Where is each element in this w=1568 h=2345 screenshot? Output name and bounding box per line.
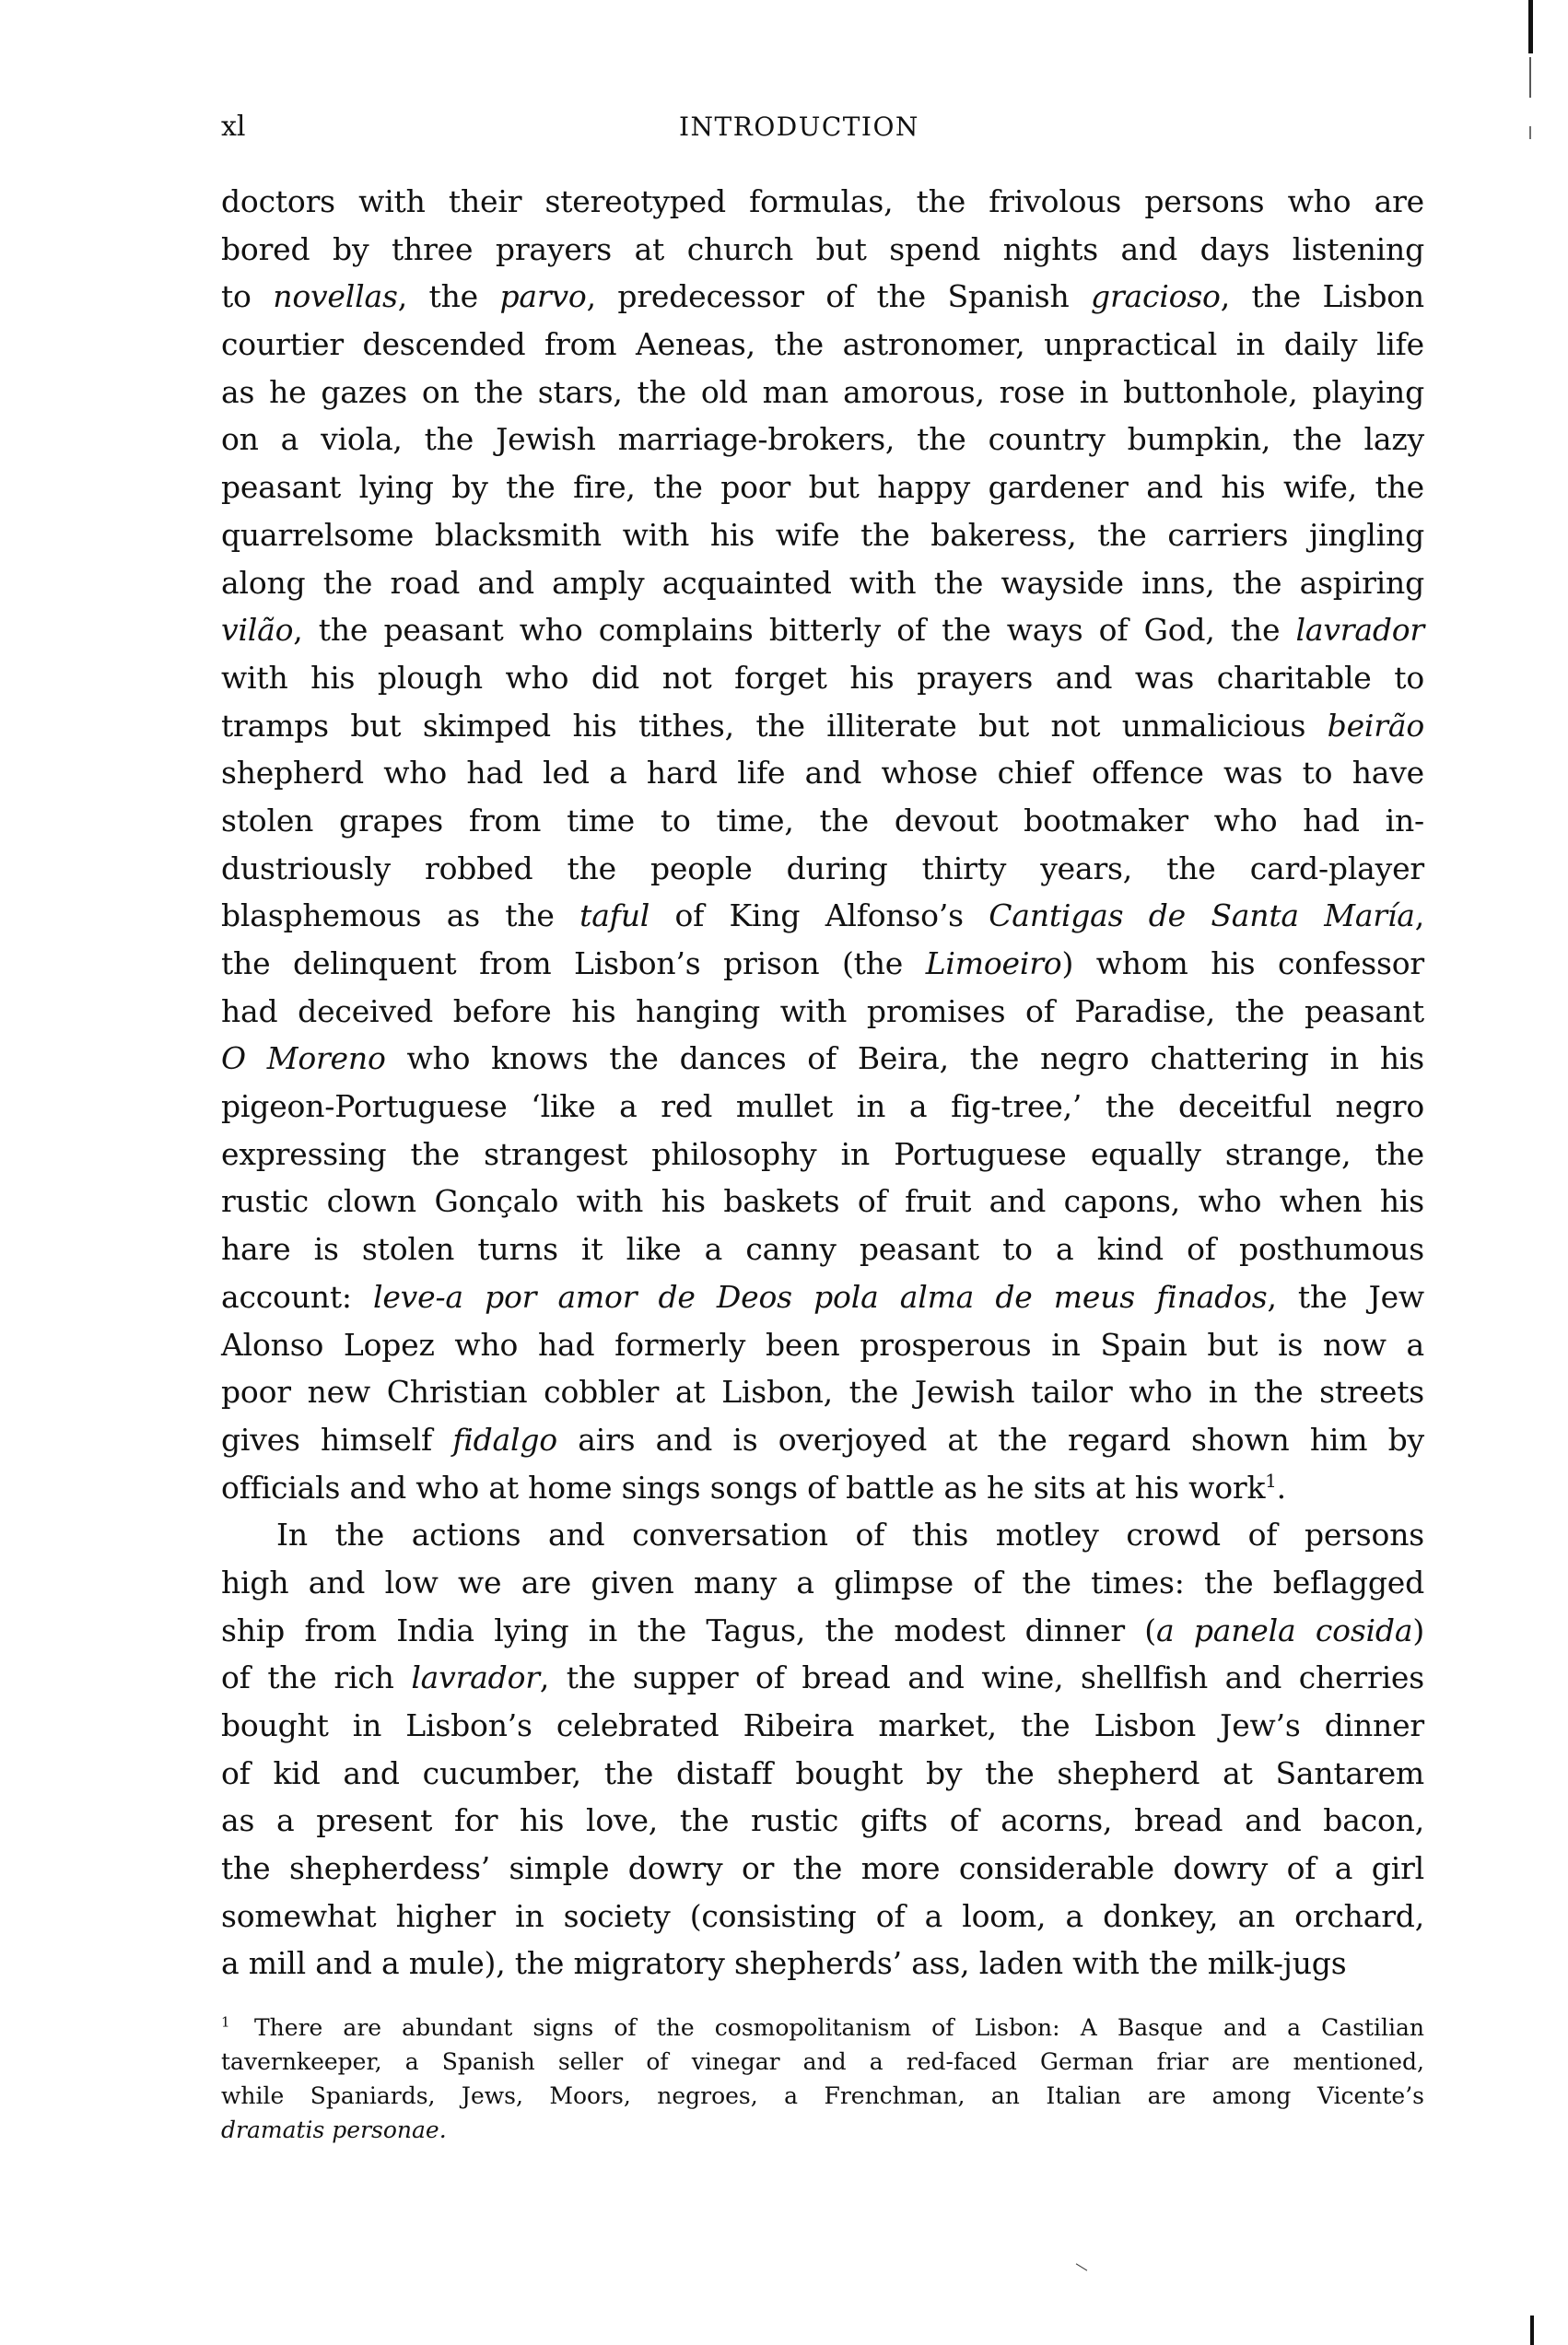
text-line: of kid and cucumber, the distaff bought … xyxy=(221,1750,1424,1798)
italic-term: parvo xyxy=(499,278,586,314)
italic-term: dramatis personae. xyxy=(221,2116,447,2143)
paragraph-1: doctors with their stereotyped formulas,… xyxy=(221,178,1424,1511)
text-line: a mill and a mule), the migratory shephe… xyxy=(221,1940,1424,1987)
text-line: O Moreno who knows the dances of Beira, … xyxy=(221,1035,1424,1083)
text-line: peasant lying by the fire, the poor but … xyxy=(221,463,1424,511)
text-line: blasphemous as the taful of King Alfonso… xyxy=(221,892,1424,940)
text-line: ship from India lying in the Tagus, the … xyxy=(221,1607,1424,1655)
italic-term: novellas xyxy=(273,278,397,314)
italic-term: gracioso xyxy=(1091,278,1221,314)
page-number: xl xyxy=(221,109,246,146)
text-line: 1There are abundant signs of the cosmopo… xyxy=(221,2011,1424,2045)
section-title: INTRODUCTION xyxy=(679,109,919,146)
scan-stray-mark xyxy=(1076,2263,1087,2270)
footnote-marker: 1 xyxy=(221,2014,230,2031)
text-line: on a viola, the Jewish marriage-brokers,… xyxy=(221,416,1424,463)
text-line: bought in Lisbon’s celebrated Ribeira ma… xyxy=(221,1702,1424,1750)
italic-term: lavrador xyxy=(411,1659,540,1695)
italic-term: lavrador xyxy=(1296,612,1425,648)
italic-term: O Moreno xyxy=(221,1040,386,1076)
text-line: as a present for his love, the rustic gi… xyxy=(221,1797,1424,1845)
italic-term: a panela cosida xyxy=(1156,1612,1412,1648)
text-line: courtier descended from Aeneas, the astr… xyxy=(221,321,1424,369)
body-text: doctors with their stereotyped formulas,… xyxy=(221,178,1424,1987)
text-line: dustriously robbed the people during thi… xyxy=(221,845,1424,893)
text-line: quarrelsome blacksmith with his wife the… xyxy=(221,511,1424,559)
italic-term: beirão xyxy=(1328,708,1424,744)
italic-term: taful xyxy=(579,897,649,933)
book-page: xl INTRODUCTION doctors with their stere… xyxy=(0,0,1568,2345)
text-line: gives himself fidalgo airs and is overjo… xyxy=(221,1416,1424,1464)
text-line: vilão, the peasant who complains bitterl… xyxy=(221,606,1424,654)
text-line: shepherd who had led a hard life and who… xyxy=(221,749,1424,797)
italic-term: Limoeiro xyxy=(926,945,1062,981)
text-line: officials and who at home sings songs of… xyxy=(221,1464,1424,1512)
scan-edge-mark-bottom xyxy=(1530,2316,1534,2345)
scan-edge-mark-top-dashes xyxy=(1529,57,1531,98)
text-line: high and low we are given many a glimpse… xyxy=(221,1559,1424,1607)
text-line: had deceived before his hanging with pro… xyxy=(221,988,1424,1036)
text-line: somewhat higher in society (consisting o… xyxy=(221,1893,1424,1940)
text-line: the shepherdess’ simple dowry or the mor… xyxy=(221,1845,1424,1893)
running-head: xl INTRODUCTION xyxy=(221,109,1424,146)
text-line: Alonso Lopez who had formerly been prosp… xyxy=(221,1321,1424,1369)
text-line: along the road and amply acquainted with… xyxy=(221,559,1424,607)
text-line: pigeon-Portuguese ‘like a red mullet in … xyxy=(221,1083,1424,1131)
text-line: while Spaniards, Jews, Moors, negroes, a… xyxy=(221,2079,1424,2113)
text-line: rustic clown Gonçalo with his baskets of… xyxy=(221,1178,1424,1225)
text-line: tavernkeeper, a Spanish seller of vinega… xyxy=(221,2045,1424,2079)
text-line: poor new Christian cobbler at Lisbon, th… xyxy=(221,1368,1424,1416)
text-line: as he gazes on the stars, the old man am… xyxy=(221,369,1424,416)
footnote-reference[interactable]: 1 xyxy=(1265,1471,1276,1492)
text-line: In the actions and conversation of this … xyxy=(221,1511,1424,1559)
scan-edge-mark-top-tick xyxy=(1529,126,1531,139)
italic-term: fidalgo xyxy=(452,1422,557,1458)
text-line: account: leve-a por amor de Deos pola al… xyxy=(221,1273,1424,1321)
text-line: doctors with their stereotyped formulas,… xyxy=(221,178,1424,226)
footnote-1: 1There are abundant signs of the cosmopo… xyxy=(221,2011,1424,2147)
text-line: dramatis personae. xyxy=(221,2113,1424,2147)
text-line: stolen grapes from time to time, the dev… xyxy=(221,797,1424,845)
text-line: to novellas, the parvo, predecessor of t… xyxy=(221,273,1424,321)
italic-term: leve-a por amor de Deos pola alma de meu… xyxy=(373,1279,1267,1315)
text-line: hare is stolen turns it like a canny pea… xyxy=(221,1225,1424,1273)
text-line: of the rich lavrador, the supper of brea… xyxy=(221,1654,1424,1702)
text-line: bored by three prayers at church but spe… xyxy=(221,226,1424,274)
italic-term: vilão xyxy=(221,612,293,648)
text-line: tramps but skimped his tithes, the illit… xyxy=(221,702,1424,750)
paragraph-indent: 1 xyxy=(221,2011,254,2045)
italic-term: Cantigas de Santa María xyxy=(989,897,1414,933)
text-line: the delinquent from Lisbon’s prison (the… xyxy=(221,940,1424,988)
paragraph-2: In the actions and conversation of this … xyxy=(221,1511,1424,1987)
text-line: expressing the strangest philosophy in P… xyxy=(221,1131,1424,1178)
scan-edge-mark-top xyxy=(1528,0,1533,53)
text-line: with his plough who did not forget his p… xyxy=(221,654,1424,702)
